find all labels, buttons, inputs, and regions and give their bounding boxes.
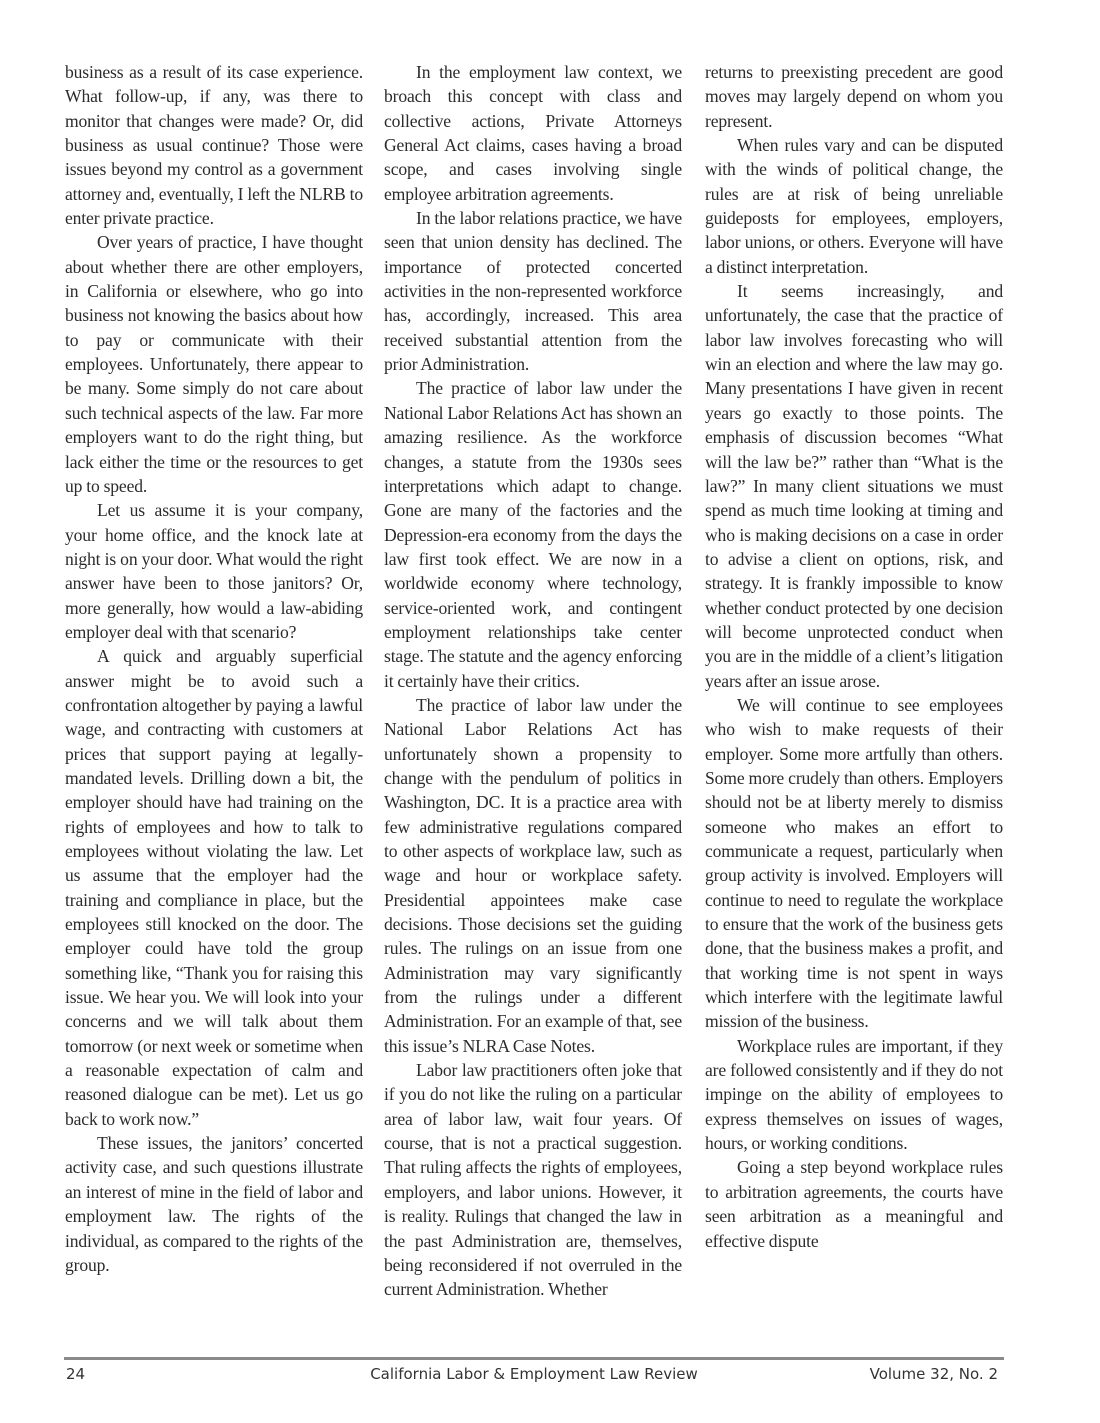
journal-title: California Labor & Employment Law Review — [64, 1365, 1004, 1383]
article-body: business as a result of its case experie… — [65, 60, 1005, 1350]
paragraph: In the labor relations practice, we have… — [384, 206, 682, 376]
paragraph: Labor law practitioners often joke that … — [384, 1058, 682, 1301]
paragraph: We will continue to see employees who wi… — [705, 693, 1003, 1034]
paragraph: Going a step beyond workplace rules to a… — [705, 1155, 1003, 1252]
paragraph: A quick and arguably superficial answer … — [65, 644, 363, 1131]
paragraph: It seems increasingly, and unfortunately… — [705, 279, 1003, 693]
paragraph: Let us assume it is your company, your h… — [65, 498, 363, 644]
article-column-1: business as a result of its case experie… — [65, 60, 363, 1277]
article-column-3: returns to preexisting precedent are goo… — [705, 60, 1003, 1253]
paragraph: returns to preexisting precedent are goo… — [705, 60, 1003, 133]
paragraph: business as a result of its case experie… — [65, 60, 363, 230]
paragraph: Workplace rules are important, if they a… — [705, 1034, 1003, 1156]
issue-label: Volume 32, No. 2 — [870, 1365, 998, 1383]
paragraph: When rules vary and can be disputed with… — [705, 133, 1003, 279]
document-page: business as a result of its case experie… — [0, 0, 1100, 1423]
paragraph: In the employment law context, we broach… — [384, 60, 682, 206]
footer-divider — [64, 1357, 1004, 1360]
paragraph: The practice of labor law under the Nati… — [384, 693, 682, 1058]
page-footer: 24 California Labor & Employment Law Rev… — [64, 1365, 1004, 1387]
paragraph: These issues, the janitors’ concerted ac… — [65, 1131, 363, 1277]
article-column-2: In the employment law context, we broach… — [384, 60, 682, 1302]
paragraph: Over years of practice, I have thought a… — [65, 230, 363, 498]
paragraph: The practice of labor law under the Nati… — [384, 376, 682, 692]
